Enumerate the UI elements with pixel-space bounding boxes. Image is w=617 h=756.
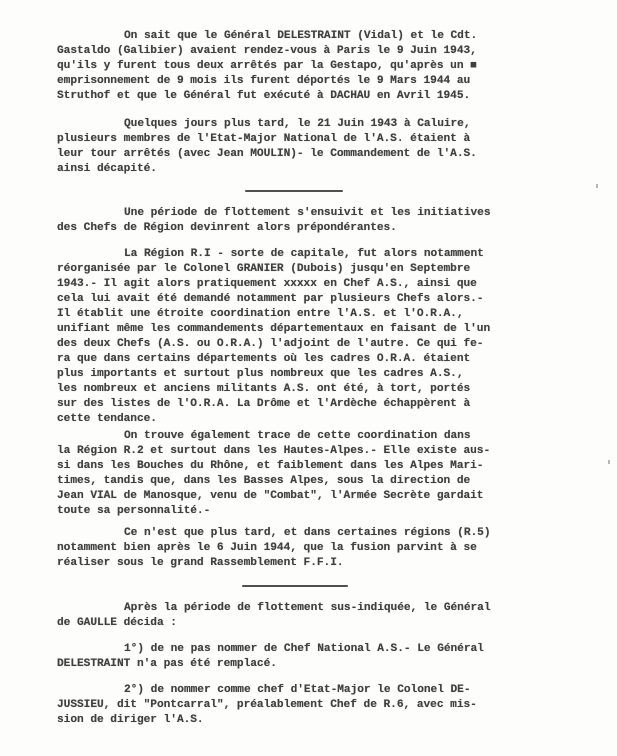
paragraph-5-line-3: si dans les Bouches du Rhône, et faiblem… xyxy=(57,460,483,472)
paragraph-7-line-2: de GAULLE décida : xyxy=(57,617,177,629)
paragraph-1-line-4: emprisonnement de 9 mois ils furent dépo… xyxy=(57,75,470,87)
scan-speck xyxy=(596,184,598,188)
paragraph-6-line-3: réaliser sous le grand Rassemblement F.F… xyxy=(57,557,344,569)
paragraph-2-line-4: ainsi décapité. xyxy=(57,163,157,175)
typewritten-page: On sait que le Général DELESTRAINT (Vida… xyxy=(0,0,617,756)
paragraph-7-line-1: Après la période de flottement sus-indiq… xyxy=(124,602,491,614)
paragraph-4-line-9: plus importants et surtout plus nombreux… xyxy=(57,368,463,380)
paragraph-5-line-4: times, tandis que, dans les Basses Alpes… xyxy=(57,475,470,487)
paragraph-1-line-1: On sait que le Général DELESTRAINT (Vida… xyxy=(124,30,477,42)
paragraph-4-line-1: La Région R.I - sorte de capitale, fut a… xyxy=(124,248,484,260)
paragraph-4-line-12: cette tendance. xyxy=(57,413,157,425)
separator-rule-2 xyxy=(242,585,348,587)
scan-speck xyxy=(608,460,610,464)
paragraph-4-line-10: les nombreux et anciens militants A.S. o… xyxy=(57,383,470,395)
paragraph-2-line-1: Quelques jours plus tard, le 21 Juin 194… xyxy=(124,118,471,130)
paragraph-5-line-6: toute sa personnalité.- xyxy=(57,505,210,517)
paragraph-8-line-1: 1°) de ne pas nommer de Chef National A.… xyxy=(124,643,484,655)
paragraph-4-line-4: cela lui avait été demandé notamment par… xyxy=(57,293,483,305)
paragraph-5-line-5: Jean VIAL de Manosque, venu de "Combat",… xyxy=(57,490,483,502)
paragraph-3-line-1: Une période de flottement s'ensuivit et … xyxy=(124,207,491,219)
paragraph-9-line-2: JUSSIEU, dit "Pontcarral", préalablement… xyxy=(57,699,477,711)
paragraph-4-line-2: réorganisée par le Colonel GRANIER (Dubo… xyxy=(57,263,470,275)
paragraph-3-line-2: des Chefs de Région devinrent alors prép… xyxy=(57,222,397,234)
paragraph-4-line-6: unifiant même les commandements départem… xyxy=(57,323,490,335)
paragraph-1-line-3: qu'ils y furent tous deux arrêtés par la… xyxy=(57,60,477,72)
paragraph-4-line-5: Il établit une étroite coordination entr… xyxy=(57,308,463,320)
paragraph-4-line-7: des deux Chefs (A.S. ou O.R.A.) l'adjoin… xyxy=(57,338,483,350)
paragraph-2-line-3: leur tour arrêtés (avec Jean MOULIN)- le… xyxy=(57,148,477,160)
paragraph-5-line-2: la Région R.2 et surtout dans les Hautes… xyxy=(57,445,490,457)
paragraph-8-line-2: DELESTRAINT n'a pas été remplacé. xyxy=(57,658,277,670)
paragraph-1-line-2: Gastaldo (Galibier) avaient rendez-vous … xyxy=(57,45,477,57)
paragraph-4-line-3: 1943.- Il agit alors pratiquement xxxxx … xyxy=(57,278,477,290)
separator-rule-1 xyxy=(245,190,343,192)
paragraph-5-line-1: On trouve également trace de cette coord… xyxy=(124,430,471,442)
paragraph-9-line-1: 2°) de nommer comme chef d'Etat-Major le… xyxy=(124,684,471,696)
paragraph-6-line-1: Ce n'est que plus tard, et dans certaine… xyxy=(124,527,491,539)
paragraph-9-line-3: sion de diriger l'A.S. xyxy=(57,714,204,726)
paragraph-4-line-11: sur des listes de l'O.R.A. La Drôme et l… xyxy=(57,398,470,410)
paragraph-2-line-2: plusieurs membres de l'Etat-Major Nation… xyxy=(57,133,470,145)
paragraph-4-line-8: ra que dans certains départements où les… xyxy=(57,353,470,365)
paragraph-1-line-5: Struthof et que le Général fut exécuté à… xyxy=(57,90,470,102)
paragraph-6-line-2: notamment bien après le 6 Juin 1944, que… xyxy=(57,542,477,554)
